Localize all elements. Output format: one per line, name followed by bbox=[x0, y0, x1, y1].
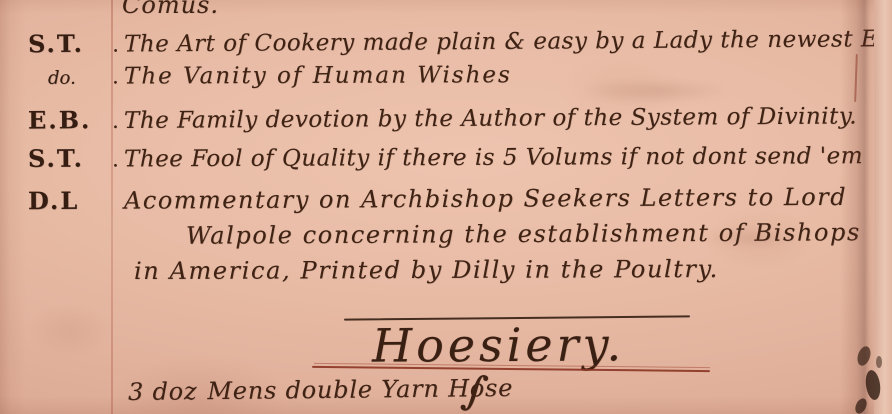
ink-bleed-through bbox=[560, 78, 750, 104]
ledger-entry: D.LAcommentary on Archbishop Seekers Let… bbox=[28, 182, 847, 215]
book-title: The Family devotion by the Author of the… bbox=[124, 103, 857, 133]
buyer-initials-ditto: do. bbox=[28, 68, 112, 89]
ledger-entry: E.B..The Family devotion by the Author o… bbox=[28, 100, 857, 134]
previous-entry-fragment: Comus. bbox=[122, 0, 219, 19]
book-title-continuation: in America, Printed by Dilly in the Poul… bbox=[134, 255, 719, 285]
buyer-initials: E.B. bbox=[28, 105, 112, 135]
buyer-initials: D.L bbox=[28, 186, 112, 215]
ledger-entry: do..The Vanity of Human Wishes bbox=[28, 62, 512, 90]
entry-dot: . bbox=[112, 109, 124, 134]
ledger-entry: S.T..The Art of Cookery made plain & eas… bbox=[28, 23, 892, 58]
page-edge bbox=[874, 0, 892, 414]
ink-streak bbox=[854, 54, 858, 102]
manuscript-page: Comus. S.T..The Art of Cookery made plai… bbox=[0, 0, 892, 414]
hosiery-entry: 3 dozMens double Yarn Hose bbox=[128, 374, 514, 406]
ink-smudge bbox=[855, 345, 873, 368]
ledger-entry: S.T..Thee Fool of Quality if there is 5 … bbox=[28, 140, 863, 173]
quantity: 3 doz bbox=[128, 377, 198, 406]
buyer-initials: S.T. bbox=[28, 29, 112, 59]
book-title-continuation: Walpole concerning the establishment of … bbox=[186, 218, 861, 250]
entry-dot: . bbox=[112, 65, 124, 90]
book-title: The Art of Cookery made plain & easy by … bbox=[124, 26, 892, 58]
ink-smudge bbox=[864, 369, 882, 401]
book-title: Thee Fool of Quality if there is 5 Volum… bbox=[124, 143, 863, 172]
ink-smudge bbox=[876, 356, 882, 368]
entry-dot: . bbox=[112, 147, 124, 172]
entry-dot: . bbox=[112, 33, 124, 58]
book-title-line: Acommentary on Archbishop Seekers Letter… bbox=[124, 183, 847, 215]
ink-smudge bbox=[853, 397, 869, 414]
book-title: The Vanity of Human Wishes bbox=[124, 62, 512, 89]
buyer-initials: S.T. bbox=[28, 143, 112, 172]
